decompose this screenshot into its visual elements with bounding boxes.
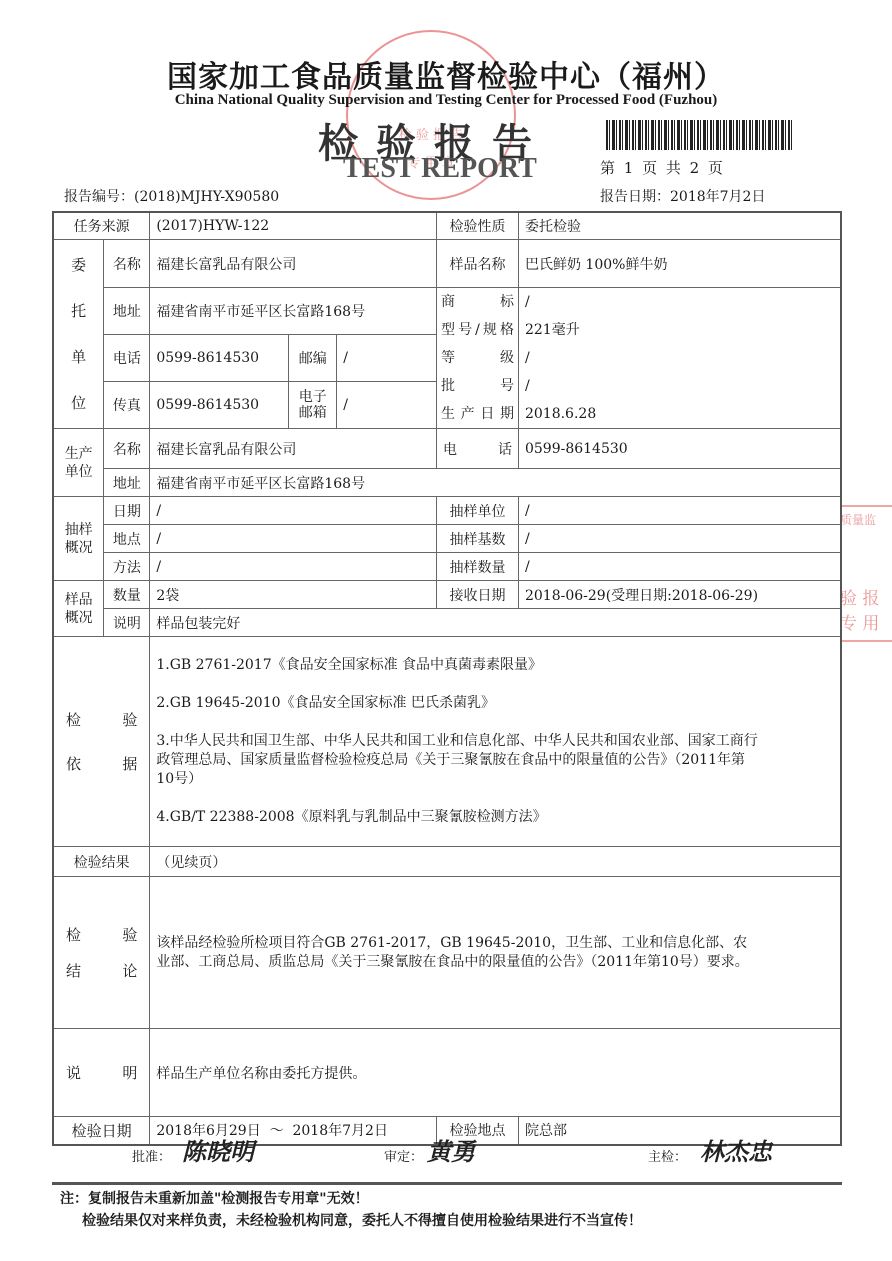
report-title-en: TEST REPORT bbox=[343, 153, 537, 185]
center-title-cn: 国家加工食品质量监督检验中心（福州） bbox=[0, 52, 892, 96]
sampling-method-value: / bbox=[150, 553, 437, 581]
divider bbox=[52, 1182, 842, 1185]
client-address-value: 福建省南平市延平区长富路168号 bbox=[150, 288, 437, 335]
basis-item: 2.GB 19645-2010《食品安全国家标准 巴氏杀菌乳》 bbox=[156, 694, 760, 713]
remarks-label-char: 明 bbox=[122, 1062, 137, 1083]
grade-value: / bbox=[525, 344, 834, 372]
remarks-value: 样品生产单位名称由委托方提供。 bbox=[150, 1029, 841, 1117]
report-date: 报告日期：2018年7月2日 bbox=[600, 186, 765, 206]
client-label-char: 位 bbox=[60, 380, 97, 426]
client-postcode-label: 邮编 bbox=[289, 335, 337, 382]
perforation-seal-stamp: 质量监 验 报 专 用 bbox=[840, 505, 892, 655]
inspection-type-label: 检验性质 bbox=[437, 212, 519, 240]
barcode-icon bbox=[606, 120, 794, 150]
side-stamp-text-1: 质量监 bbox=[840, 511, 892, 528]
sampling-group-label: 抽样 概况 bbox=[53, 497, 104, 581]
row-task-source: 任务来源 (2017)HYW-122 检验性质 委托检验 bbox=[53, 212, 841, 240]
producer-group-label: 生产 单位 bbox=[53, 429, 104, 497]
model-value: 221毫升 bbox=[525, 316, 834, 344]
sample-description-label: 说明 bbox=[104, 609, 150, 637]
client-label-char: 单 bbox=[60, 334, 97, 380]
production-date-label: 生产日期 bbox=[441, 400, 514, 428]
producer-phone-label: 电话 bbox=[437, 429, 519, 469]
inspection-type-value: 委托检验 bbox=[518, 212, 841, 240]
client-phone-label: 电话 bbox=[104, 335, 150, 382]
remarks-label: 说 明 bbox=[53, 1029, 150, 1117]
basis-label-char: 据 bbox=[122, 742, 137, 786]
production-date-value: 2018.6.28 bbox=[525, 400, 834, 428]
basis-item: 3.中华人民共和国卫生部、中华人民共和国工业和信息化部、中华人民共和国农业部、国… bbox=[156, 732, 760, 789]
approve-label: 批准： bbox=[132, 1146, 171, 1165]
sample-name-value: 巴氏鲜奶 100%鲜牛奶 bbox=[518, 240, 841, 288]
sample-quantity-label: 数量 bbox=[104, 581, 150, 609]
report-number: 报告编号：(2018)MJHY-X90580 bbox=[64, 186, 279, 206]
note-line-1: 注：复制报告未重新加盖"检测报告专用章"无效！ bbox=[60, 1188, 642, 1210]
row-inspection-result: 检验结果 （见续页） bbox=[53, 847, 841, 877]
basis-label-char: 依 bbox=[66, 742, 81, 786]
client-email-value: / bbox=[337, 382, 437, 429]
sampling-quantity-value: / bbox=[518, 553, 841, 581]
row-sample-quantity: 样品 概况 数量 2袋 接收日期 2018-06-29(受理日期:2018-06… bbox=[53, 581, 841, 609]
model-label: 型号/规格 bbox=[441, 316, 514, 344]
sample-status-group-label: 样品 概况 bbox=[53, 581, 104, 637]
receive-date-label: 接收日期 bbox=[437, 581, 519, 609]
sampling-place-label: 地点 bbox=[104, 525, 150, 553]
grade-label: 等级 bbox=[441, 344, 514, 372]
note-line-2: 检验结果仅对来样负责，未经检验机构同意，委托人不得擅自使用检验结果进行不当宣传！ bbox=[60, 1210, 642, 1232]
side-stamp-text-3: 专 用 bbox=[840, 609, 892, 634]
sample-attr-labels: 商标 型号/规格 等级 批号 生产日期 bbox=[437, 288, 519, 429]
row-sampling-place: 地点 / 抽样基数 / bbox=[53, 525, 841, 553]
client-fax-label: 传真 bbox=[104, 382, 150, 429]
side-stamp-text-2: 验 报 bbox=[840, 584, 892, 609]
row-inspection-conclusion: 检 验 结 论 该样品经检验所检项目符合GB 2761-2017，GB 1964… bbox=[53, 877, 841, 1029]
producer-address-value: 福建省南平市延平区长富路168号 bbox=[150, 469, 841, 497]
approve-signature: 陈晓明 bbox=[182, 1132, 254, 1167]
sampling-place-value: / bbox=[150, 525, 437, 553]
producer-name-value: 福建长富乳品有限公司 bbox=[150, 429, 437, 469]
conclusion-label-char: 验 bbox=[122, 917, 137, 953]
remarks-label-char: 说 bbox=[66, 1062, 81, 1083]
basis-label-char: 检 bbox=[66, 698, 81, 742]
sampling-unit-value: / bbox=[518, 497, 841, 525]
client-label-char: 托 bbox=[60, 288, 97, 334]
row-client-name: 委 托 单 位 名称 福建长富乳品有限公司 样品名称 巴氏鲜奶 100%鲜牛奶 bbox=[53, 240, 841, 288]
sample-description-value: 样品包装完好 bbox=[150, 609, 841, 637]
chief-inspector-signature: 林杰忠 bbox=[700, 1132, 772, 1167]
client-postcode-value: / bbox=[337, 335, 437, 382]
report-table: 任务来源 (2017)HYW-122 检验性质 委托检验 委 托 单 位 名称 … bbox=[52, 211, 842, 1146]
batch-value: / bbox=[525, 372, 834, 400]
basis-label-char: 验 bbox=[122, 698, 137, 742]
footer-notes: 注：复制报告未重新加盖"检测报告专用章"无效！ 检验结果仅对来样负责，未经检验机… bbox=[60, 1188, 642, 1232]
review-signature: 黄勇 bbox=[427, 1132, 475, 1167]
basis-item: 4.GB/T 22388-2008《原料乳与乳制品中三聚氰胺检测方法》 bbox=[156, 808, 760, 827]
client-phone-value: 0599-8614530 bbox=[150, 335, 289, 382]
conclusion-label-char: 检 bbox=[66, 917, 81, 953]
basis-label: 检 验 依 据 bbox=[53, 637, 150, 847]
row-sample-description: 说明 样品包装完好 bbox=[53, 609, 841, 637]
page-info: 第 1 页 共 2 页 bbox=[600, 157, 725, 178]
chief-inspector-label: 主检： bbox=[648, 1146, 687, 1165]
row-producer-name: 生产 单位 名称 福建长富乳品有限公司 电话 0599-8614530 bbox=[53, 429, 841, 469]
client-address-label: 地址 bbox=[104, 288, 150, 335]
conclusion-label-char: 论 bbox=[122, 953, 137, 989]
sample-name-label: 样品名称 bbox=[437, 240, 519, 288]
client-fax-value: 0599-8614530 bbox=[150, 382, 289, 429]
row-inspection-basis: 检 验 依 据 1.GB 2761-2017《食品安全国家标准 食品中真菌毒素限… bbox=[53, 637, 841, 847]
conclusion-label-char: 结 bbox=[66, 953, 81, 989]
producer-address-label: 地址 bbox=[104, 469, 150, 497]
center-title-en: China National Quality Supervision and T… bbox=[0, 92, 892, 109]
client-name-value: 福建长富乳品有限公司 bbox=[150, 240, 437, 288]
sample-quantity-value: 2袋 bbox=[150, 581, 437, 609]
client-name-label: 名称 bbox=[104, 240, 150, 288]
client-group-label: 委 托 单 位 bbox=[53, 240, 104, 429]
result-label: 检验结果 bbox=[53, 847, 150, 877]
review-label: 审定： bbox=[384, 1146, 423, 1165]
row-producer-address: 地址 福建省南平市延平区长富路168号 bbox=[53, 469, 841, 497]
basis-items: 1.GB 2761-2017《食品安全国家标准 食品中真菌毒素限量》 2.GB … bbox=[150, 637, 841, 847]
sampling-quantity-label: 抽样数量 bbox=[437, 553, 519, 581]
client-label-char: 委 bbox=[60, 242, 97, 288]
result-value: （见续页） bbox=[150, 847, 841, 877]
producer-phone-value: 0599-8614530 bbox=[518, 429, 841, 469]
sampling-date-value: / bbox=[150, 497, 437, 525]
sampling-date-label: 日期 bbox=[104, 497, 150, 525]
conclusion-value: 该样品经检验所检项目符合GB 2761-2017，GB 19645-2010，卫… bbox=[150, 877, 841, 1029]
sampling-unit-label: 抽样单位 bbox=[437, 497, 519, 525]
sampling-base-value: / bbox=[518, 525, 841, 553]
conclusion-label: 检 验 结 论 bbox=[53, 877, 150, 1029]
trademark-value: / bbox=[525, 288, 834, 316]
task-source-value: (2017)HYW-122 bbox=[150, 212, 437, 240]
sample-attr-values: / 221毫升 / / 2018.6.28 bbox=[518, 288, 841, 429]
trademark-label: 商标 bbox=[441, 288, 514, 316]
producer-name-label: 名称 bbox=[104, 429, 150, 469]
row-sampling-date: 抽样 概况 日期 / 抽样单位 / bbox=[53, 497, 841, 525]
row-remarks: 说 明 样品生产单位名称由委托方提供。 bbox=[53, 1029, 841, 1117]
batch-label: 批号 bbox=[441, 372, 514, 400]
task-source-label: 任务来源 bbox=[53, 212, 150, 240]
sampling-method-label: 方法 bbox=[104, 553, 150, 581]
row-sampling-method: 方法 / 抽样数量 / bbox=[53, 553, 841, 581]
receive-date-value: 2018-06-29(受理日期:2018-06-29) bbox=[518, 581, 841, 609]
basis-item: 1.GB 2761-2017《食品安全国家标准 食品中真菌毒素限量》 bbox=[156, 656, 760, 675]
client-email-label: 电子 邮箱 bbox=[289, 382, 337, 429]
sampling-base-label: 抽样基数 bbox=[437, 525, 519, 553]
signature-row: 批准： 陈晓明 审定： 黄勇 主检： 林杰忠 bbox=[52, 1138, 842, 1178]
row-client-address: 地址 福建省南平市延平区长富路168号 商标 型号/规格 等级 批号 生产日期 … bbox=[53, 288, 841, 335]
